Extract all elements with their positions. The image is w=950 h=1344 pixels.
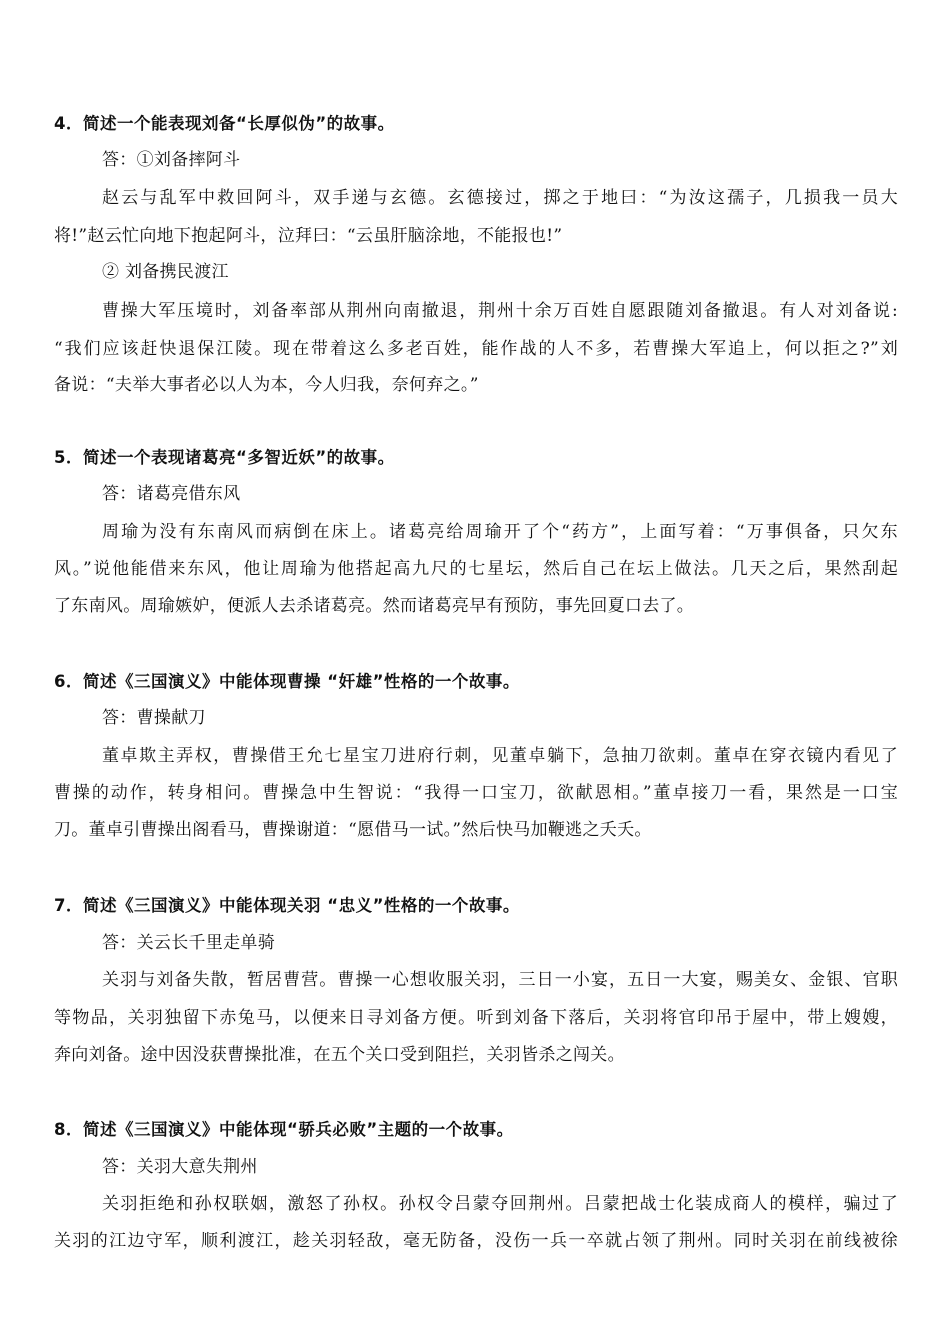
question-6-answer-label: 答：曹操献刀 [102, 706, 898, 730]
question-4-paragraph-line: “我们应该赶快退保江陵。现在带着这么多老百姓，能作战的人不多，若曹操大军追上，何… [54, 337, 898, 361]
question-6-paragraph-line: 曹操的动作，转身相问。曹操急中生智说：“我得一口宝刀，欲献恩相。”董卓接刀一看，… [54, 781, 898, 805]
question-8-paragraph-line: 关羽的江边守军，顺利渡江，趁关羽轻敌，毫无防备，没伤一兵一卒就占领了荆州。同时关… [54, 1229, 898, 1253]
question-5-paragraph-line: 了东南风。周瑜嫉妒，便派人去杀诸葛亮。然而诸葛亮早有预防，事先回夏口去了。 [54, 594, 898, 618]
question-8-title: 8．简述《三国演义》中能体现“骄兵必败”主题的一个故事。 [54, 1118, 898, 1142]
question-4-sub-answer-label: ② 刘备携民渡江 [102, 260, 898, 284]
question-6-paragraph-line: 刀。董卓引曹操出阁看马，曹操谢道：“愿借马一试。”然后快马加鞭逃之夭夭。 [54, 818, 898, 842]
question-7-paragraph-line: 等物品，关羽独留下赤兔马，以便来日寻刘备方便。听到刘备下落后，关羽将官印吊于屋中… [54, 1006, 898, 1030]
question-8-answer-label: 答：关羽大意失荆州 [102, 1155, 898, 1179]
question-7-paragraph-line: 奔向刘备。途中因没获曹操批准，在五个关口受到阻拦，关羽皆杀之闯关。 [54, 1043, 898, 1067]
question-7-paragraph-line: 关羽与刘备失散，暂居曹营。曹操一心想收服关羽，三日一小宴，五日一大宴，赐美女、金… [102, 968, 898, 992]
question-4-paragraph-line: 备说：“夫举大事者必以人为本，今人归我，奈何弃之。” [54, 373, 898, 397]
question-4-answer-label: 答：①刘备摔阿斗 [102, 148, 898, 172]
question-7-answer-label: 答：关云长千里走单骑 [102, 931, 898, 955]
question-7-title: 7．简述《三国演义》中能体现关羽 “忠义”性格的一个故事。 [54, 894, 898, 918]
question-5-paragraph-line: 风。”说他能借来东风，他让周瑜为他搭起高九尺的七星坛，然后自己在坛上做法。几天之… [54, 557, 898, 581]
question-5-title: 5．简述一个表现诸葛亮“多智近妖”的故事。 [54, 446, 898, 470]
question-5-answer-label: 答：诸葛亮借东风 [102, 482, 898, 506]
question-4-paragraph-line: 赵云与乱军中救回阿斗，双手递与玄德。玄德接过，掷之于地曰：“为汝这孺子，几损我一… [102, 186, 898, 210]
question-4-paragraph-line: 将!”赵云忙向地下抱起阿斗，泣拜曰：“云虽肝脑涂地，不能报也!” [54, 224, 898, 248]
question-4-paragraph-line: 曹操大军压境时，刘备率部从荆州向南撤退，荆州十余万百姓自愿跟随刘备撤退。有人对刘… [102, 299, 898, 323]
question-8-paragraph-line: 关羽拒绝和孙权联姻，激怒了孙权。孙权令吕蒙夺回荆州。吕蒙把战士化装成商人的模样，… [102, 1192, 898, 1216]
question-5-paragraph-line: 周瑜为没有东南风而病倒在床上。诸葛亮给周瑜开了个“药方”，上面写着：“万事俱备，… [102, 520, 898, 544]
question-6-title: 6．简述《三国演义》中能体现曹操 “奸雄”性格的一个故事。 [54, 670, 898, 694]
question-6-paragraph-line: 董卓欺主弄权，曹操借王允七星宝刀进府行刺，见董卓躺下，急抽刀欲刺。董卓在穿衣镜内… [102, 744, 898, 768]
question-4-title: 4．简述一个能表现刘备“长厚似伪”的故事。 [54, 112, 898, 136]
